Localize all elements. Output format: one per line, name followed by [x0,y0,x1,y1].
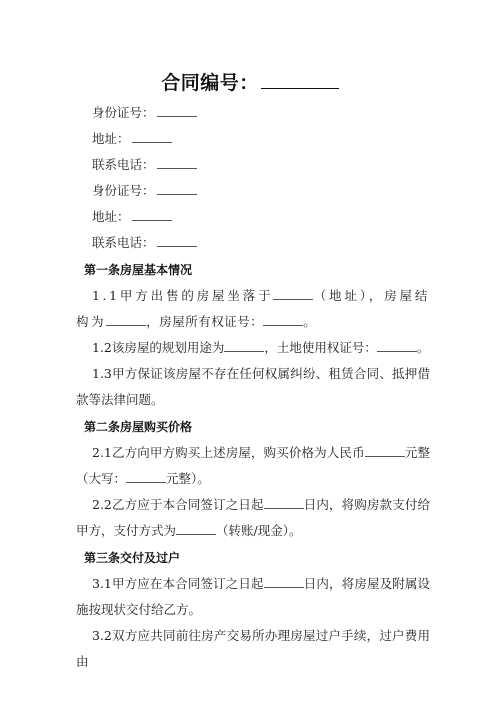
clause-1-2: 1.2该房屋的规划用途为，土地使用权证号：。 [76,335,430,361]
clause-text: 元整）。 [166,471,210,486]
clause-text: ，房屋所有权证号： [146,314,263,329]
clause-text: 2.2乙方应于本合同签订之日起 [92,497,264,512]
planned-use-blank[interactable] [224,337,264,352]
field-label: 联系电话： [92,235,155,250]
clause-2-1: 2.1乙方向甲方购买上述房屋，购买价格为人民币元整（大写：元整）。 [76,440,430,492]
land-use-cert-blank[interactable] [377,337,417,352]
clause-text: 。 [417,340,430,355]
field-label: 身份证号： [92,183,155,198]
field-label: 地址： [92,131,130,146]
id-number-blank[interactable] [157,102,197,117]
party-b-phone-field: 联系电话： [76,230,430,256]
party-b-address-field: 地址： [76,204,430,230]
clause-text: 2.1乙方向甲方购买上述房屋，购买价格为人民币 [92,445,365,460]
party-a-address-field: 地址： [76,126,430,152]
contract-number-blank[interactable] [261,72,339,89]
clause-text: ，土地使用权证号： [264,340,377,355]
contract-page: 合同编号： 身份证号： 地址： 联系电话： 身份证号： 地址： 联系电话： 第一… [0,0,500,707]
field-label: 联系电话： [92,157,155,172]
clause-1-3: 1.3甲方保证该房屋不存在任何权属纠纷、租赁合同、抵押借款等法律问题。 [76,361,430,413]
contract-number-label: 合同编号： [161,72,259,94]
phone-blank[interactable] [157,232,197,247]
party-a-id-field: 身份证号： [76,100,430,126]
contract-body: 身份证号： 地址： 联系电话： 身份证号： 地址： 联系电话： 第一条房屋基本情… [76,100,430,675]
address-blank[interactable] [132,206,172,221]
section-heading-1: 第一条房屋基本情况 [76,257,430,283]
clause-1-1: 1.1甲方出售的房屋坐落于（地址），房屋结构为，房屋所有权证号：。 [76,283,430,335]
property-location-blank[interactable] [273,285,313,300]
section-heading-3: 第三条交付及过户 [76,545,430,571]
price-blank[interactable] [365,442,405,457]
clause-text: 1.1甲方出售的房屋坐落于 [92,288,273,303]
payment-days-blank[interactable] [264,494,304,509]
clause-3-1: 3.1甲方应在本合同签订之日起日内，将房屋及附属设施按现状交付给乙方。 [76,571,430,623]
phone-blank[interactable] [157,154,197,169]
clause-text: 。 [303,314,318,329]
address-blank[interactable] [132,128,172,143]
field-label: 身份证号： [92,105,155,120]
clause-text: 1.3甲方保证该房屋不存在任何权属纠纷、租赁合同、抵押借款等法律问题。 [76,366,430,407]
property-structure-blank[interactable] [106,311,146,326]
party-b-id-field: 身份证号： [76,178,430,204]
clause-3-2: 3.2双方应共同前往房产交易所办理房屋过户手续，过户费用由 [76,623,430,675]
contract-title: 合同编号： [0,68,500,95]
price-uppercase-blank[interactable] [126,468,166,483]
ownership-cert-blank[interactable] [263,311,303,326]
clause-2-2: 2.2乙方应于本合同签订之日起日内，将购房款支付给甲方，支付方式为（转账/现金）… [76,492,430,544]
party-a-phone-field: 联系电话： [76,152,430,178]
delivery-days-blank[interactable] [264,573,304,588]
clause-text: 3.1甲方应在本合同签订之日起 [92,576,264,591]
field-label: 地址： [92,209,130,224]
section-heading-2: 第二条房屋购买价格 [76,414,430,440]
clause-text: 3.2双方应共同前往房产交易所办理房屋过户手续，过户费用由 [76,628,430,669]
clause-text: 1.2该房屋的规划用途为 [92,340,224,355]
clause-text: （转账/现金）。 [216,523,301,538]
payment-method-blank[interactable] [176,520,216,535]
id-number-blank[interactable] [157,180,197,195]
